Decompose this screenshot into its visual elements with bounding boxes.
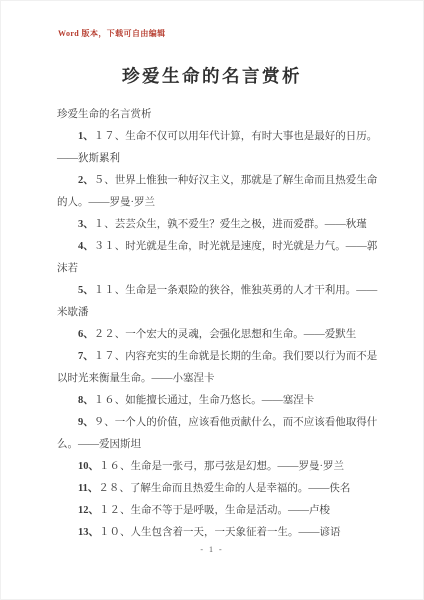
- watermark-text: Word 版本，下载可自由编辑: [58, 28, 166, 39]
- quote-number: 9、: [78, 417, 94, 428]
- page-title: 珍爱生命的名言赏析: [1, 61, 423, 91]
- document-body: 珍爱生命的名言赏析 1、１７、生命不仅可以用年代计算，有时大事也是最好的日历。 …: [57, 104, 383, 544]
- quote-text: ３１、时光就是生命，时光就是速度，时光就是力气。——郭 沫若: [57, 241, 377, 274]
- quote-number: 11、: [78, 483, 98, 494]
- quote-text: １６、如能擅长通过，生命乃悠长。——塞涅卡: [94, 395, 315, 406]
- quote-number: 7、: [78, 351, 94, 362]
- quote-text: １、芸芸众生，孰不爱生？爱生之极，进而爱群。——秋瑾: [94, 219, 367, 230]
- quote-text: ２８、了解生命而且热爱生命的人是幸福的。——佚名: [98, 483, 350, 494]
- quote-item: 4、３１、时光就是生命，时光就是速度，时光就是力气。——郭 沫若: [57, 236, 383, 280]
- quote-text: ５、世界上惟独一种好汉主义，那就是了解生命而且热爱生命 的人。——罗曼·罗兰: [57, 175, 377, 208]
- quote-item: 5、１１、生命是一条艰险的狭谷，惟独英勇的人才干利用。—— 米歇潘: [57, 280, 383, 324]
- quote-number: 12、: [78, 505, 99, 516]
- quote-item: 8、１６、如能擅长通过，生命乃悠长。——塞涅卡: [57, 390, 383, 412]
- document-subtitle: 珍爱生命的名言赏析: [57, 104, 383, 126]
- quote-item: 13、１０、人生包含着一天，一天象征着一生。——谚语: [57, 522, 383, 544]
- quote-number: 13、: [78, 527, 99, 538]
- quote-item: 6、２２、一个宏大的灵魂，会强化思想和生命。——爱默生: [57, 324, 383, 346]
- quote-number: 5、: [78, 285, 94, 296]
- quote-text: ２２、一个宏大的灵魂，会强化思想和生命。——爱默生: [94, 329, 357, 340]
- quote-text: １６、生命是一张弓，那弓弦是幻想。——罗曼·罗兰: [99, 461, 344, 472]
- quote-item: 12、１２、生命不等于是呼吸，生命是活动。——卢梭: [57, 500, 383, 522]
- quote-number: 8、: [78, 395, 94, 406]
- quote-item: 10、１６、生命是一张弓，那弓弦是幻想。——罗曼·罗兰: [57, 456, 383, 478]
- page-number: - 1 -: [1, 545, 423, 554]
- quote-item: 1、１７、生命不仅可以用年代计算，有时大事也是最好的日历。 ——狄斯累利: [57, 126, 383, 170]
- quote-text: １１、生命是一条艰险的狭谷，惟独英勇的人才干利用。—— 米歇潘: [57, 285, 377, 318]
- quote-item: 11、２８、了解生命而且热爱生命的人是幸福的。——佚名: [57, 478, 383, 500]
- quote-number: 3、: [78, 219, 94, 230]
- quote-number: 4、: [78, 241, 94, 252]
- quote-item: 2、５、世界上惟独一种好汉主义，那就是了解生命而且热爱生命 的人。——罗曼·罗兰: [57, 170, 383, 214]
- quote-item: 7、１７、内容充实的生命就是长期的生命。我们要以行为而不是 以时光来衡量生命。—…: [57, 346, 383, 390]
- quote-text: １７、内容充实的生命就是长期的生命。我们要以行为而不是 以时光来衡量生命。——小…: [57, 351, 377, 384]
- quote-number: 6、: [78, 329, 94, 340]
- quote-number: 2、: [78, 175, 94, 186]
- quote-number: 10、: [78, 461, 99, 472]
- quote-item: 3、１、芸芸众生，孰不爱生？爱生之极，进而爱群。——秋瑾: [57, 214, 383, 236]
- document-page: Word 版本，下载可自由编辑 珍爱生命的名言赏析 珍爱生命的名言赏析 1、１７…: [0, 0, 424, 600]
- quote-text: １０、人生包含着一天，一天象征着一生。——谚语: [99, 527, 341, 538]
- quote-text: １２、生命不等于是呼吸，生命是活动。——卢梭: [99, 505, 330, 516]
- quote-text: ９、一个人的价值，应该看他贡献什么，而不应该看他取得什 么。——爱因斯坦: [57, 417, 377, 450]
- quote-item: 9、９、一个人的价值，应该看他贡献什么，而不应该看他取得什 么。——爱因斯坦: [57, 412, 383, 456]
- quote-text: １７、生命不仅可以用年代计算，有时大事也是最好的日历。 ——狄斯累利: [57, 131, 377, 164]
- quote-number: 1、: [78, 131, 94, 142]
